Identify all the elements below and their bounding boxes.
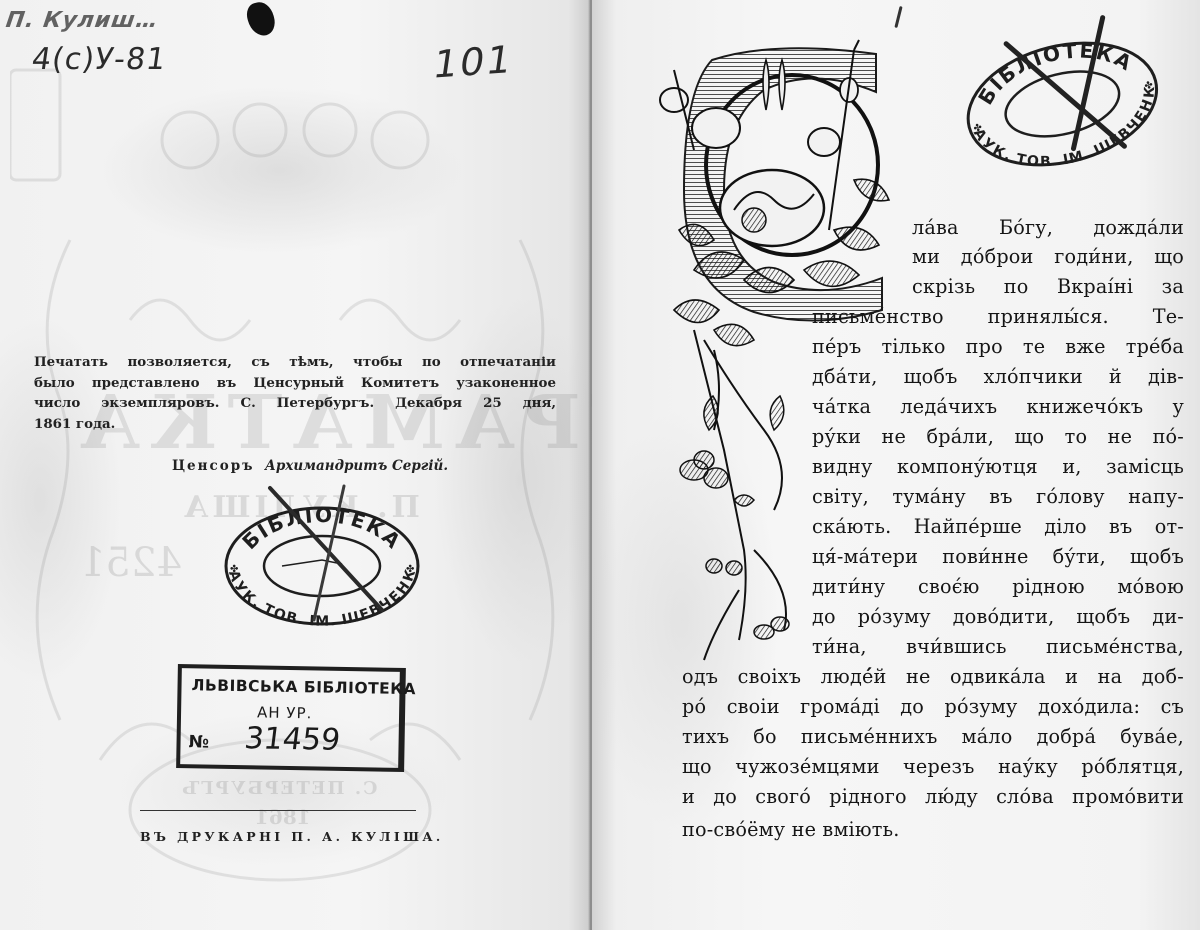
text-line: ска́ють. Найпе́рше діло въ от- — [812, 515, 1184, 538]
text-line: пе́ръ тілько про те вже тре́ба — [812, 335, 1184, 358]
censor-signature: Ценсоръ Архимандритъ Сергій. — [172, 458, 448, 474]
handwritten-scrawl: П. Кулиш… — [4, 8, 160, 33]
bleedthrough-number: 4251 — [80, 540, 182, 586]
text-line: ти́на, вчи́вшись письме́нства, — [812, 635, 1184, 658]
number-sign: № — [188, 732, 209, 752]
svg-text:✤: ✤ — [1143, 80, 1154, 93]
inventory-stamp-academy: АН УР. — [257, 703, 313, 722]
imprint-rule — [140, 810, 416, 811]
library-oval-stamp: БІБЛІОТЕКА НАУК. ТОВ. ІМ. ШЕВЧЕНКА ✤ ✤ — [222, 502, 422, 627]
text-line: и до свого́ рідного лю́ду сло́ва промо́в… — [682, 785, 1184, 808]
text-line: одъ своіхъ людé́й не одвика́ла и на доб- — [682, 665, 1184, 688]
bleedthrough-city: С. ПЕТЕРБУРГЪ — [180, 778, 377, 799]
text-line: письме́нство принялы́ся. Те- — [812, 305, 1184, 328]
text-line: ру́ки не бра́ли, що то не по́- — [812, 425, 1184, 448]
handwritten-shelfmark: 4(с)У-81 — [30, 42, 169, 77]
censor-line: число экземпляровъ. С. Петербургъ. Декаб… — [34, 393, 556, 414]
text-line: тихъ бо письме́ннихъ ма́ло добра́ бува́е… — [682, 725, 1184, 748]
text-line: що чужозе́мцями черезъ нау́ку ро́блятця, — [682, 755, 1184, 778]
text-line: ця́-ма́тери пови́нне бу́ти, щобъ — [812, 545, 1184, 568]
bleedthrough-year: 1861 — [255, 805, 311, 829]
censor-permission: Печатать позволяется, съ тѣмъ, чтобы по … — [34, 352, 556, 434]
text-line: ро́ своіи грома́ді до ро́зуму дохо́дила:… — [682, 695, 1184, 718]
text-line: ми до́брои годи́ни, що — [912, 245, 1184, 268]
censor-line: Печатать позволяется, съ тѣмъ, чтобы по … — [34, 352, 556, 373]
left-page: ГРАМАТКА П. КУЛІША 4251 С. ПЕТЕРБУРГЪ 18… — [0, 0, 592, 930]
text-line: видну компону́ютця и, замісць — [812, 455, 1184, 478]
svg-text:✤: ✤ — [406, 564, 414, 575]
inventory-stamp: ЛЬВІВСЬКА БІБЛІОТЕКА АН УР. № 31459 — [176, 664, 406, 772]
text-line: дба́ти, щобъ хло́пчики й дів- — [812, 365, 1184, 388]
text-line: дити́ну своє́ю рідною мо́вою — [812, 575, 1184, 598]
handwritten-number: 101 — [430, 37, 516, 86]
text-line: до ро́зуму дово́дити, щобъ ди- — [812, 605, 1184, 628]
text-line: ла́ва Бо́гу, дожда́ли — [912, 216, 1184, 239]
censor-name: Архимандритъ Сергій. — [265, 458, 448, 474]
inventory-stamp-library: ЛЬВІВСЬКА БІБЛІОТЕКА — [191, 676, 416, 698]
censor-line: было представлено въ Ценсурный Комитетъ … — [34, 373, 556, 394]
censor-rank: Ценсоръ — [172, 458, 255, 474]
censor-line: 1861 года. — [34, 414, 556, 435]
inventory-number: 31459 — [242, 721, 342, 758]
printer-imprint: ВЪ ДРУКАРНІ П. А. КУЛІША. — [140, 829, 444, 844]
ink-blot — [244, 0, 278, 39]
text-line: світу, тума́ну въ го́лову напу- — [812, 485, 1184, 508]
text-line: скрізь по Вкраі́ні за — [912, 275, 1184, 298]
text-line: по-сво́ёму не вміють. — [682, 818, 902, 841]
svg-text:✤: ✤ — [973, 122, 984, 135]
text-line: ча́тка леда́чихъ книжечо́къ у — [812, 395, 1184, 418]
svg-text:✤: ✤ — [230, 564, 238, 575]
book-spread: ГРАМАТКА П. КУЛІША 4251 С. ПЕТЕРБУРГЪ 18… — [0, 0, 1200, 930]
bleedthrough-ornament-frame — [10, 60, 580, 920]
